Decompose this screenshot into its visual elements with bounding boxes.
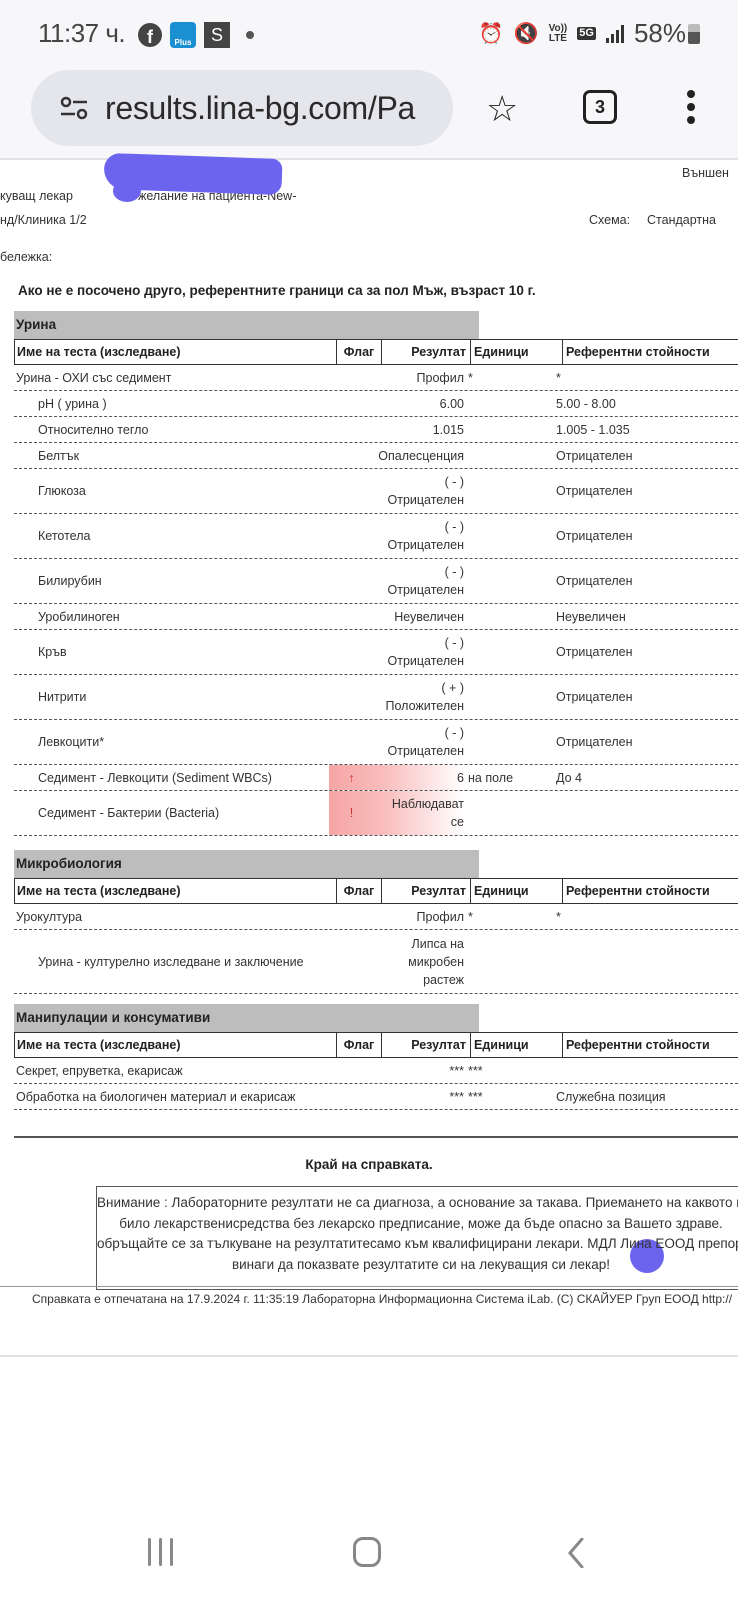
test-name: Белтък xyxy=(38,443,79,468)
column-name: Име на теста (изследване) xyxy=(17,879,181,903)
column-units: Единици xyxy=(472,879,562,903)
alarm-icon: ⏰ xyxy=(479,21,504,46)
column-flag: Флаг xyxy=(336,340,381,364)
result-line: ( - ) xyxy=(445,724,464,742)
scheme-label: Схема: xyxy=(589,213,630,227)
result-line: се xyxy=(451,813,464,831)
result-line: Опалесценция xyxy=(378,447,464,465)
column-reference: Референтни стойности xyxy=(562,1033,738,1057)
result-line: 6 xyxy=(457,769,464,787)
result-value: Неувеличен xyxy=(354,604,464,629)
address-bar[interactable]: results.lina-bg.com/Pa xyxy=(31,70,453,146)
result-value: Профил xyxy=(354,365,464,390)
result-value: ( - )Отрицателен xyxy=(354,630,464,674)
disclaimer-line: винаги да показвате резултатите си на ле… xyxy=(97,1255,738,1276)
lte-label: LTE xyxy=(549,34,568,44)
test-name: Седимент - Бактерии (Bacteria) xyxy=(38,791,219,835)
footer-divider xyxy=(0,1286,738,1287)
section-header: Микробиология xyxy=(14,850,479,878)
result-value: Наблюдаватсе xyxy=(354,791,464,835)
table-row: Нитрити( + )ПоложителенОтрицателен xyxy=(14,675,738,720)
test-name: Нитрити xyxy=(38,675,86,719)
result-line: Отрицателен xyxy=(388,581,465,599)
units-value: * xyxy=(468,904,473,929)
result-value: Опалесценция xyxy=(354,443,464,468)
section-header: Манипулации и консумативи xyxy=(14,1004,479,1032)
notification-icons: f Plus S xyxy=(138,22,254,48)
result-line: Отрицателен xyxy=(388,742,465,760)
table-row: Седимент - Левкоцити (Sediment WBCs)↑6на… xyxy=(14,765,738,791)
result-value: ( - )Отрицателен xyxy=(354,559,464,603)
reference-value: До 4 xyxy=(556,765,582,790)
result-value: ( - )Отрицателен xyxy=(354,514,464,558)
reference-value: Отрицателен xyxy=(556,675,633,719)
referring-doctor-label: куващ лекар xyxy=(0,189,73,203)
result-line: ( - ) xyxy=(445,563,464,581)
column-flag: Флаг xyxy=(336,1033,381,1057)
column-name: Име на теста (изследване) xyxy=(17,340,181,364)
column-headers: Име на теста (изследване)ФлагРезултатЕди… xyxy=(14,878,738,904)
mute-icon: 🔇 xyxy=(514,21,539,46)
test-name: Урокултура xyxy=(16,904,82,929)
units-value: *** xyxy=(468,1058,483,1083)
table-row: Урина - културелно изследване и заключен… xyxy=(14,930,738,994)
lina-plus-app-icon: Plus xyxy=(170,22,196,48)
test-name: Обработка на биологичен материал и екари… xyxy=(16,1084,296,1109)
result-line: 1.015 xyxy=(433,421,464,439)
table-row: Урина - ОХИ със седиментПрофил** xyxy=(14,365,738,391)
test-name: Урина - ОХИ със седимент xyxy=(16,365,171,390)
reference-value: Служебна позиция xyxy=(556,1084,666,1109)
department: нд/Клиника 1/2 xyxy=(0,213,87,227)
reference-note: Ако не е посочено друго, референтните гр… xyxy=(18,283,536,298)
reference-value: 5.00 - 8.00 xyxy=(556,391,616,416)
reference-value: * xyxy=(556,904,561,929)
table-row: Относително тегло1.0151.005 - 1.035 xyxy=(14,417,738,443)
test-name: Билирубин xyxy=(38,559,102,603)
signal-icon xyxy=(606,25,624,43)
result-line: ( + ) xyxy=(441,679,464,697)
status-bar: 11:37 ч. f Plus S ⏰ 🔇 Vo)) LTE 5G 58% xyxy=(0,0,738,68)
column-headers: Име на теста (изследване)ФлагРезултатЕди… xyxy=(14,339,738,365)
tab-switcher-button[interactable]: 3 xyxy=(583,90,617,124)
result-line: растеж xyxy=(423,971,464,989)
result-line: Отрицателен xyxy=(388,536,465,554)
column-name: Име на теста (изследване) xyxy=(17,1033,181,1057)
system-icons: ⏰ 🔇 Vo)) LTE 5G 58% xyxy=(479,18,686,49)
column-reference: Референтни стойности xyxy=(562,879,738,903)
browser-toolbar: results.lina-bg.com/Pa ☆ 3 xyxy=(0,68,738,160)
disclaimer-line: обръщайте се за тълкуване на резултатите… xyxy=(97,1234,738,1255)
test-name: pH ( урина ) xyxy=(38,391,107,416)
table-row: Кръв( - )ОтрицателенОтрицателен xyxy=(14,630,738,675)
reference-value: 1.005 - 1.035 xyxy=(556,417,630,442)
test-name: Седимент - Левкоцити (Sediment WBCs) xyxy=(38,765,272,790)
volte-label: Vo)) xyxy=(549,24,568,34)
result-line: ( - ) xyxy=(445,473,464,491)
table-row: Секрет, епруветка, екарисаж****** xyxy=(14,1058,738,1084)
result-line: Наблюдават xyxy=(392,795,464,813)
test-name: Левкоцити* xyxy=(38,720,104,764)
reference-value: Отрицателен xyxy=(556,443,633,468)
result-value: ( + )Положителен xyxy=(354,675,464,719)
test-name: Секрет, епруветка, екарисаж xyxy=(16,1058,183,1083)
column-result: Резултат xyxy=(381,1033,471,1057)
result-value: 6.00 xyxy=(354,391,464,416)
table-row: Глюкоза( - )ОтрицателенОтрицателен xyxy=(14,469,738,514)
result-line: микробен xyxy=(408,953,464,971)
5g-icon: 5G xyxy=(577,27,596,40)
more-menu-icon[interactable] xyxy=(686,90,696,124)
s-app-icon: S xyxy=(204,22,230,48)
result-line: ( - ) xyxy=(445,634,464,652)
reference-value: Неувеличен xyxy=(556,604,626,629)
battery-percent: 58% xyxy=(634,18,686,49)
bookmark-star-icon[interactable]: ☆ xyxy=(486,88,518,130)
volte-icon: Vo)) LTE xyxy=(549,24,568,44)
section-header: Урина xyxy=(14,311,479,339)
url-text[interactable]: results.lina-bg.com/Pa xyxy=(105,90,415,127)
result-line: Отрицателен xyxy=(388,652,465,670)
result-value: 1.015 xyxy=(354,417,464,442)
facebook-icon: f xyxy=(138,23,162,47)
back-button[interactable] xyxy=(566,1538,586,1568)
result-line: ( - ) xyxy=(445,518,464,536)
clock: 11:37 ч. xyxy=(38,18,125,49)
external-label: Външен xyxy=(682,166,729,180)
reference-value: Отрицателен xyxy=(556,514,633,558)
result-value: *** xyxy=(354,1084,464,1109)
battery-icon xyxy=(688,24,700,44)
end-of-report: Край на справката. xyxy=(0,1157,738,1172)
recent-apps-button[interactable] xyxy=(148,1538,173,1566)
home-button[interactable] xyxy=(353,1537,381,1567)
test-name: Относително тегло xyxy=(38,417,149,442)
result-line: 6.00 xyxy=(440,395,464,413)
units-value: *** xyxy=(468,1084,483,1109)
result-value: ( - )Отрицателен xyxy=(354,720,464,764)
table-row: БелтъкОпалесценцияОтрицателен xyxy=(14,443,738,469)
divider xyxy=(14,1136,738,1138)
disclaimer-box: Внимание : Лабораторните резултати не са… xyxy=(96,1186,738,1290)
units-value: * xyxy=(468,365,473,390)
table-row: УрокултураПрофил** xyxy=(14,904,738,930)
result-value: 6 xyxy=(354,765,464,790)
result-line: Положителен xyxy=(385,697,464,715)
test-name: Уробилиноген xyxy=(38,604,120,629)
reference-value: Отрицателен xyxy=(556,559,633,603)
table-row: Седимент - Бактерии (Bacteria)!Наблюдава… xyxy=(14,791,738,836)
column-result: Резултат xyxy=(381,879,471,903)
system-nav-bar xyxy=(0,1480,738,1599)
table-row: Левкоцити*( - )ОтрицателенОтрицателен xyxy=(14,720,738,765)
disclaimer-line: Внимание : Лабораторните резултати не са… xyxy=(97,1193,738,1214)
scheme-value: Стандартна xyxy=(647,213,716,227)
redaction-mark xyxy=(113,180,141,202)
column-units: Единици xyxy=(472,1033,562,1057)
reference-value: * xyxy=(556,365,561,390)
site-settings-icon[interactable] xyxy=(59,93,89,123)
column-result: Резултат xyxy=(381,340,471,364)
note-label: бележка: xyxy=(0,250,52,264)
test-name: Кръв xyxy=(38,630,67,674)
result-value: *** xyxy=(354,1058,464,1083)
column-units: Единици xyxy=(472,340,562,364)
result-line: Отрицателен xyxy=(388,491,465,509)
column-flag: Флаг xyxy=(336,879,381,903)
result-value: ( - )Отрицателен xyxy=(354,469,464,513)
table-row: Билирубин( - )ОтрицателенОтрицателен xyxy=(14,559,738,604)
notification-dot-icon xyxy=(246,31,254,39)
table-row: УробилиногенНеувеличенНеувеличен xyxy=(14,604,738,630)
result-value: Профил xyxy=(354,904,464,929)
reference-value: Отрицателен xyxy=(556,630,633,674)
result-line: *** xyxy=(449,1062,464,1080)
table-row: Обработка на биологичен материал и екари… xyxy=(14,1084,738,1110)
result-line: Профил xyxy=(417,908,464,926)
reference-value: Отрицателен xyxy=(556,469,633,513)
printed-info: Справката е отпечатана на 17.9.2024 г. 1… xyxy=(32,1292,732,1306)
table-row: Кетотела( - )ОтрицателенОтрицателен xyxy=(14,514,738,559)
test-name: Глюкоза xyxy=(38,469,86,513)
reference-value: Отрицателен xyxy=(556,720,633,764)
disclaimer-line: било лекарственисредства без лекарско пр… xyxy=(97,1214,738,1235)
test-name: Урина - културелно изследване и заключен… xyxy=(38,930,304,993)
result-line: *** xyxy=(449,1088,464,1106)
result-line: Неувеличен xyxy=(394,608,464,626)
result-line: Профил xyxy=(417,369,464,387)
column-reference: Референтни стойности xyxy=(562,340,738,364)
column-headers: Име на теста (изследване)ФлагРезултатЕди… xyxy=(14,1032,738,1058)
result-value: Липса намикробенрастеж xyxy=(354,930,464,993)
lab-report-page: Външен куващ лекар желание на пациента-N… xyxy=(0,162,738,1357)
units-value: на поле xyxy=(468,765,513,790)
table-row: pH ( урина )6.005.00 - 8.00 xyxy=(14,391,738,417)
test-name: Кетотела xyxy=(38,514,90,558)
result-line: Липса на xyxy=(412,935,464,953)
